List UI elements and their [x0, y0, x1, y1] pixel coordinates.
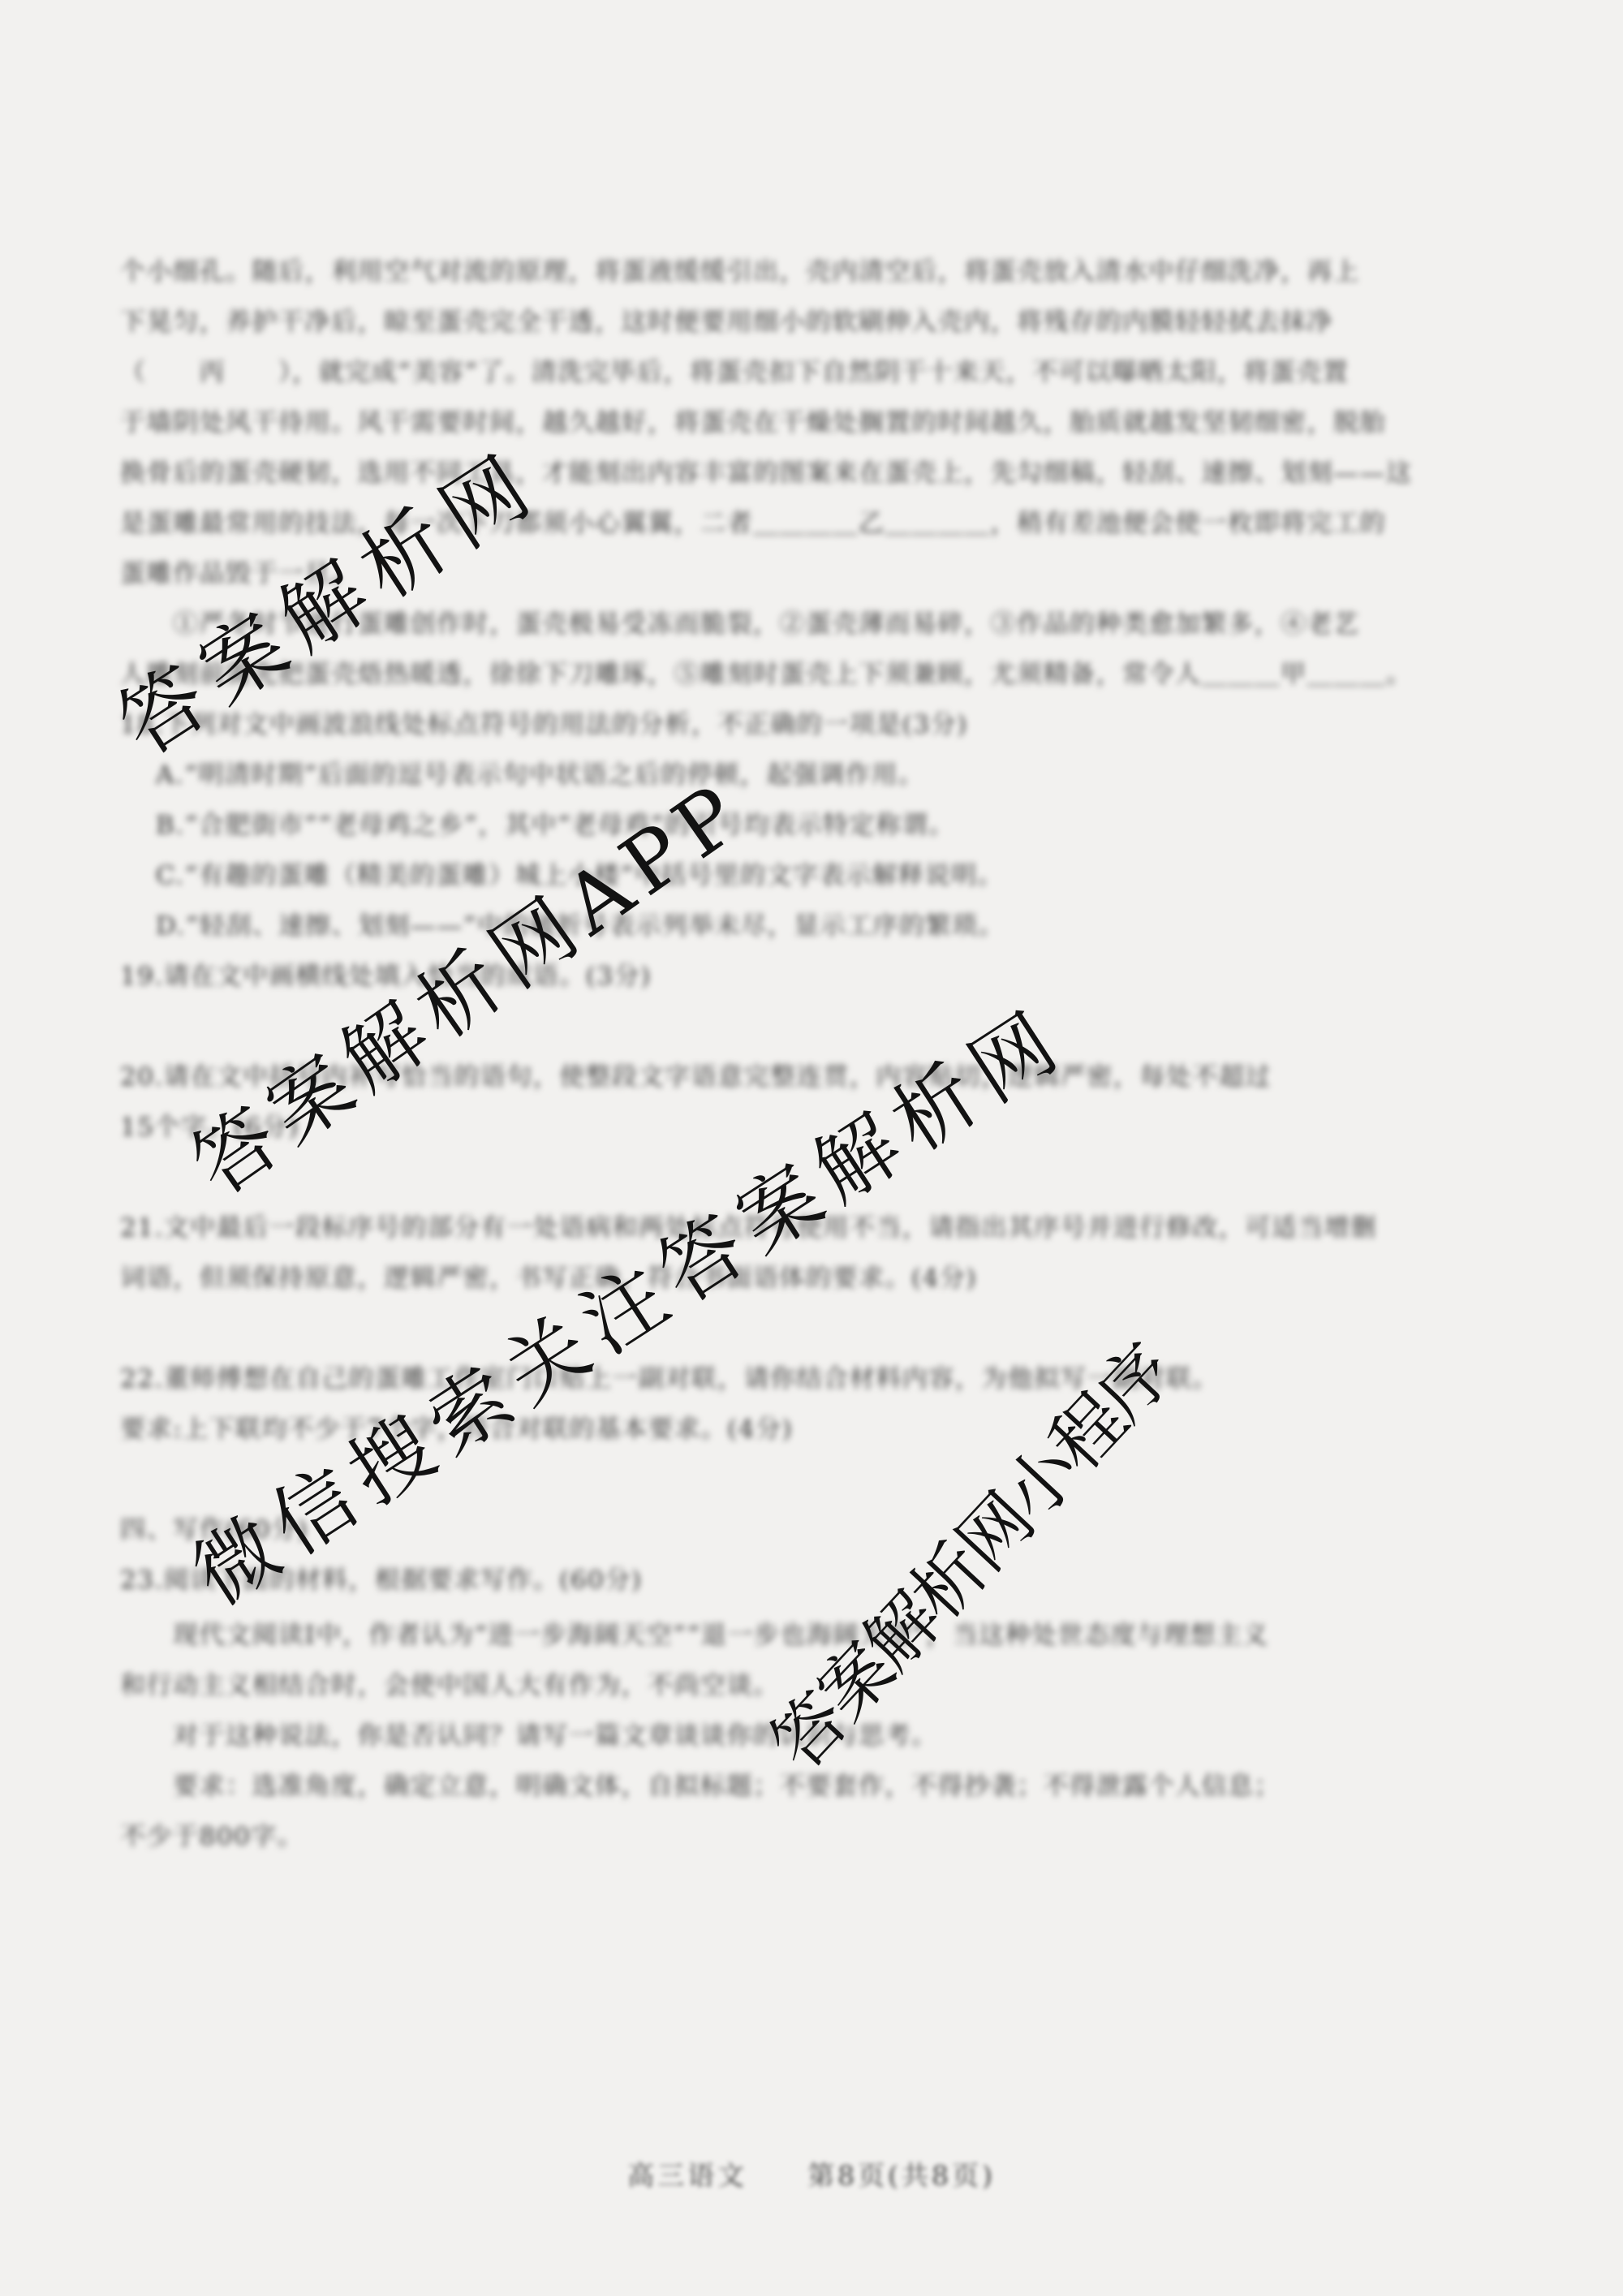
watermark-stamp-4: 答案解析网小程序 — [760, 1334, 1184, 1781]
watermark-stamp-2: 答案解析网APP — [179, 769, 760, 1208]
watermark-layer: 答案解析网答案解析网APP微信搜索关注答案解析网答案解析网小程序 — [0, 0, 1623, 2296]
scanned-exam-page: 个小细孔。随后，利用空气对流的原理，将蛋液缓缓引出，壳内清空后，将蛋壳放入清水中… — [0, 0, 1623, 2296]
watermark-stamp-1: 答案解析网 — [106, 439, 553, 769]
page-footer: 高三语文 第8页(共8页) — [0, 2155, 1623, 2193]
